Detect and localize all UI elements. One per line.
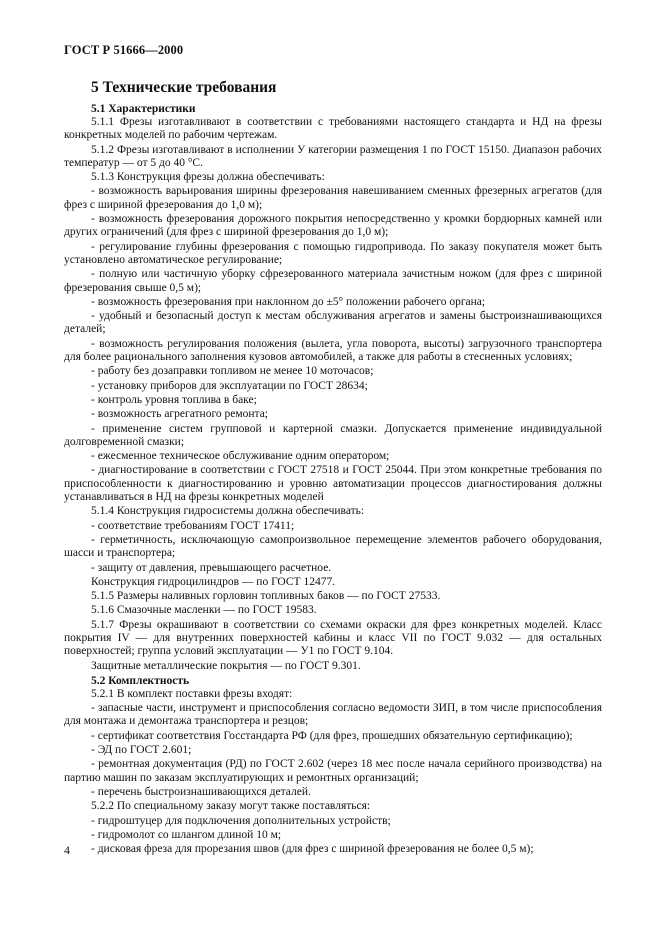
paragraph: - возможность варьирования ширины фрезер…: [64, 185, 602, 212]
subsection-title-characteristics: 5.1 Характеристики: [91, 102, 602, 116]
paragraph: 5.1.3 Конструкция фрезы должна обеспечив…: [64, 171, 602, 184]
document-page: ГОСТ Р 51666—2000 5 Технические требован…: [64, 43, 602, 857]
paragraph: - возможность фрезерования при наклонном…: [64, 296, 602, 309]
paragraph: 5.1.4 Конструкция гидросистемы должна об…: [64, 505, 602, 518]
paragraph: - соответствие требованиям ГОСТ 17411;: [64, 520, 602, 533]
paragraph: - гидроштуцер для подключения дополнител…: [64, 815, 602, 828]
subsection-title-completeness: 5.2 Комплектность: [91, 674, 602, 688]
paragraph: Защитные металлические покрытия — по ГОС…: [64, 660, 602, 673]
document-id: ГОСТ Р 51666—2000: [64, 43, 602, 58]
paragraph: - применение систем групповой и картерно…: [64, 423, 602, 450]
paragraph: 5.1.7 Фрезы окрашивают в соответствии со…: [64, 619, 602, 659]
paragraph: - возможность фрезерования дорожного пок…: [64, 213, 602, 240]
paragraph: - гидромолот со шлангом длиной 10 м;: [64, 829, 602, 842]
paragraph: - возможность регулирования положения (в…: [64, 338, 602, 365]
paragraph: - регулирование глубины фрезерования с п…: [64, 241, 602, 268]
paragraph: - диагностирование в соответствии с ГОСТ…: [64, 464, 602, 504]
paragraph: - возможность агрегатного ремонта;: [64, 408, 602, 421]
paragraph: 5.2.1 В комплект поставки фрезы входят:: [64, 688, 602, 701]
paragraph: - перечень быстроизнашивающихся деталей.: [64, 786, 602, 799]
paragraph: - полную или частичную уборку сфрезерова…: [64, 268, 602, 295]
paragraph: - герметичность, исключающую самопроизво…: [64, 534, 602, 561]
paragraph: - контроль уровня топлива в баке;: [64, 394, 602, 407]
paragraph: - работу без дозаправки топливом не мене…: [64, 365, 602, 378]
paragraph: - сертификат соответствия Госстандарта Р…: [64, 730, 602, 743]
paragraph: 5.1.6 Смазочные масленки — по ГОСТ 19583…: [64, 604, 602, 617]
subsection-body-characteristics: 5.1.1 Фрезы изготавливают в соответствии…: [64, 116, 602, 673]
section-title: 5 Технические требования: [91, 79, 602, 97]
paragraph: - запасные части, инструмент и приспособ…: [64, 702, 602, 729]
subsection-body-completeness: 5.2.1 В комплект поставки фрезы входят:-…: [64, 688, 602, 857]
paragraph: 5.1.2 Фрезы изготавливают в исполнении У…: [64, 144, 602, 171]
paragraph: Конструкция гидроцилиндров — по ГОСТ 124…: [64, 576, 602, 589]
paragraph: - дисковая фреза для прорезания швов (дл…: [64, 843, 602, 856]
paragraph: - защиту от давления, превышающего расче…: [64, 562, 602, 575]
paragraph: 5.1.1 Фрезы изготавливают в соответствии…: [64, 116, 602, 143]
page-number: 4: [64, 843, 70, 858]
paragraph: - удобный и безопасный доступ к местам о…: [64, 310, 602, 337]
paragraph: 5.1.5 Размеры наливных горловин топливны…: [64, 590, 602, 603]
paragraph: - ЭД по ГОСТ 2.601;: [64, 744, 602, 757]
paragraph: - ремонтная документация (РД) по ГОСТ 2.…: [64, 758, 602, 785]
paragraph: - установку приборов для эксплуатации по…: [64, 380, 602, 393]
paragraph: 5.2.2 По специальному заказу могут также…: [64, 800, 602, 813]
paragraph: - ежесменное техническое обслуживание од…: [64, 450, 602, 463]
